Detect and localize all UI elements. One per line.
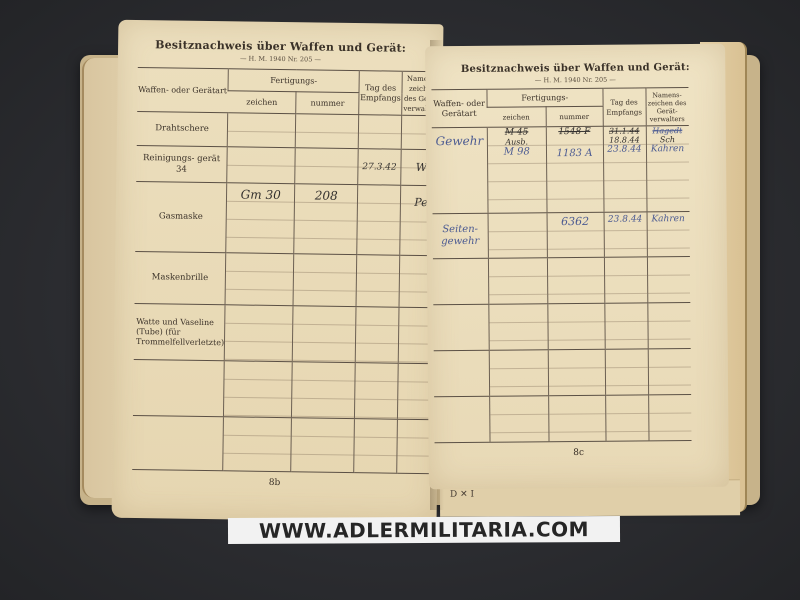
table-row bbox=[133, 360, 439, 420]
header-item-type: Waffen- oder Gerätart bbox=[137, 68, 228, 113]
strip-text: D ✕ I bbox=[450, 490, 474, 500]
header-date-received: Tag des Empfangs bbox=[359, 71, 403, 116]
cell-zeichen bbox=[489, 304, 548, 351]
table-row: Seiten- gewehr 6362 23.8.44 Kahren bbox=[433, 212, 690, 259]
left-page-subtitle: — H. M. 1940 Nr. 205 — bbox=[118, 53, 443, 66]
header-nummer: nummer bbox=[296, 92, 359, 115]
cell-zeichen bbox=[223, 417, 292, 472]
header-item-type: Waffen- oder Gerätart bbox=[431, 89, 487, 127]
date-2: 18.8.44 bbox=[603, 135, 645, 144]
table-row bbox=[433, 303, 690, 351]
struck-date: 31.1.44 bbox=[603, 126, 645, 135]
cell-date bbox=[354, 419, 398, 474]
item-label: Gasmaske bbox=[135, 182, 227, 253]
cell-initials bbox=[648, 349, 691, 395]
cell-date bbox=[355, 307, 399, 364]
initials-2: Sch bbox=[646, 135, 688, 144]
item-label: Seiten- gewehr bbox=[433, 213, 489, 258]
item-label: Gewehr bbox=[432, 127, 488, 213]
cell-nummer bbox=[547, 257, 604, 303]
left-page: Besitznachweis über Waffen und Gerät: — … bbox=[112, 20, 444, 522]
item-label: Watte und Vaseline (Tube) (für Trommelfe… bbox=[134, 304, 225, 361]
header-custodian-initials: Namens- zeichen des Gerät- verwalters bbox=[645, 88, 688, 126]
header-zeichen: zeichen bbox=[228, 91, 296, 114]
cell-nummer: 6362 bbox=[547, 212, 604, 257]
table-row bbox=[434, 395, 691, 443]
cell-nummer bbox=[548, 349, 605, 395]
struck-nummer: 1548 F bbox=[546, 127, 602, 137]
cell-date bbox=[605, 395, 648, 441]
cell-nummer bbox=[295, 148, 358, 185]
cell-zeichen bbox=[489, 350, 548, 397]
header-fertigung: Fertigungs- bbox=[228, 69, 359, 93]
item-label bbox=[434, 396, 490, 442]
cell-zeichen bbox=[225, 253, 294, 306]
table-row: Reinigungs- gerät 34 27.3.42 W bbox=[136, 146, 441, 186]
table-row: Gewehr M 45 Ausb. M 98 1548 F 1183 A 31.… bbox=[432, 126, 689, 214]
cell-zeichen bbox=[224, 361, 293, 418]
cell-zeichen bbox=[488, 213, 547, 259]
item-label bbox=[133, 360, 224, 417]
table-row bbox=[433, 257, 690, 305]
item-label bbox=[433, 304, 489, 350]
item-label bbox=[132, 415, 223, 470]
cell-nummer bbox=[547, 303, 604, 349]
cell-date bbox=[604, 303, 647, 349]
item-label: Maskenbrille bbox=[135, 252, 226, 305]
right-page-subtitle: — H. M. 1940 Nr. 205 — bbox=[425, 75, 725, 86]
cell-zeichen: Gm 30 bbox=[226, 183, 295, 254]
table-row: Watte und Vaseline (Tube) (für Trommelfe… bbox=[134, 304, 440, 364]
current-zeichen: M 98 bbox=[488, 146, 546, 158]
right-page: Besitznachweis über Waffen und Gerät: — … bbox=[425, 44, 729, 490]
cell-date: 27.3.42 bbox=[358, 149, 401, 186]
table-row: Gasmaske Gm 30 208 Pe bbox=[135, 182, 441, 256]
right-equipment-table: Waffen- oder Gerätart Fertigungs- Tag de… bbox=[431, 87, 691, 443]
cell-date: 31.1.44 18.8.44 23.8.44 bbox=[603, 126, 647, 212]
cell-zeichen bbox=[224, 305, 293, 362]
cell-date bbox=[605, 349, 648, 395]
table-row bbox=[434, 349, 691, 397]
item-label: Reinigungs- gerät 34 bbox=[136, 146, 227, 183]
cell-nummer: 208 bbox=[294, 184, 358, 255]
right-page-title: Besitznachweis über Waffen und Gerät: bbox=[425, 62, 725, 76]
cell-zeichen bbox=[488, 258, 547, 305]
right-page-number: 8c bbox=[429, 447, 729, 460]
cell-zeichen bbox=[227, 113, 296, 148]
struck-zeichen: M 45 bbox=[488, 127, 546, 138]
struck-initials: Hagedt bbox=[646, 126, 688, 135]
cell-zeichen bbox=[227, 147, 296, 184]
cell-date bbox=[357, 185, 401, 256]
table-row bbox=[132, 415, 438, 473]
table-row: Maskenbrille bbox=[135, 252, 441, 308]
cell-initials: Hagedt Sch Kahren bbox=[646, 126, 689, 212]
table-row: Drahtschere bbox=[137, 112, 442, 150]
cell-date bbox=[604, 257, 647, 303]
cell-nummer bbox=[293, 306, 357, 363]
cell-zeichen: M 45 Ausb. M 98 bbox=[487, 127, 546, 214]
cell-date bbox=[356, 255, 400, 308]
current-initials: Kahren bbox=[646, 144, 688, 154]
cell-nummer bbox=[548, 395, 605, 441]
left-equipment-table: Waffen- oder Gerätart Fertigungs- Tag de… bbox=[132, 67, 443, 474]
header-zeichen: zeichen bbox=[487, 107, 546, 128]
cell-date: 23.8.44 bbox=[604, 212, 647, 257]
cell-nummer bbox=[293, 254, 356, 307]
cell-nummer bbox=[292, 362, 356, 419]
cell-date bbox=[358, 115, 401, 150]
cell-initials bbox=[648, 395, 691, 441]
cell-initials bbox=[647, 257, 690, 303]
left-page-number: 8b bbox=[112, 476, 437, 491]
current-nummer: 1183 A bbox=[546, 148, 602, 159]
item-label bbox=[434, 350, 490, 396]
item-label bbox=[433, 258, 489, 304]
cell-nummer bbox=[291, 418, 354, 473]
cell-nummer bbox=[296, 114, 359, 149]
header-date-received: Tag des Empfangs bbox=[602, 88, 645, 126]
item-label: Drahtschere bbox=[137, 112, 228, 147]
header-nummer: nummer bbox=[546, 106, 603, 126]
cell-initials bbox=[647, 303, 690, 349]
cell-nummer: 1548 F 1183 A bbox=[546, 126, 604, 212]
current-date: 23.8.44 bbox=[603, 144, 645, 154]
cell-zeichen bbox=[490, 396, 549, 443]
cell-initials: Kahren bbox=[647, 212, 690, 257]
header-fertigung: Fertigungs- bbox=[487, 88, 603, 107]
watermark-banner: WWW.ADLERMILITARIA.COM bbox=[228, 516, 620, 544]
cell-date bbox=[354, 363, 398, 420]
